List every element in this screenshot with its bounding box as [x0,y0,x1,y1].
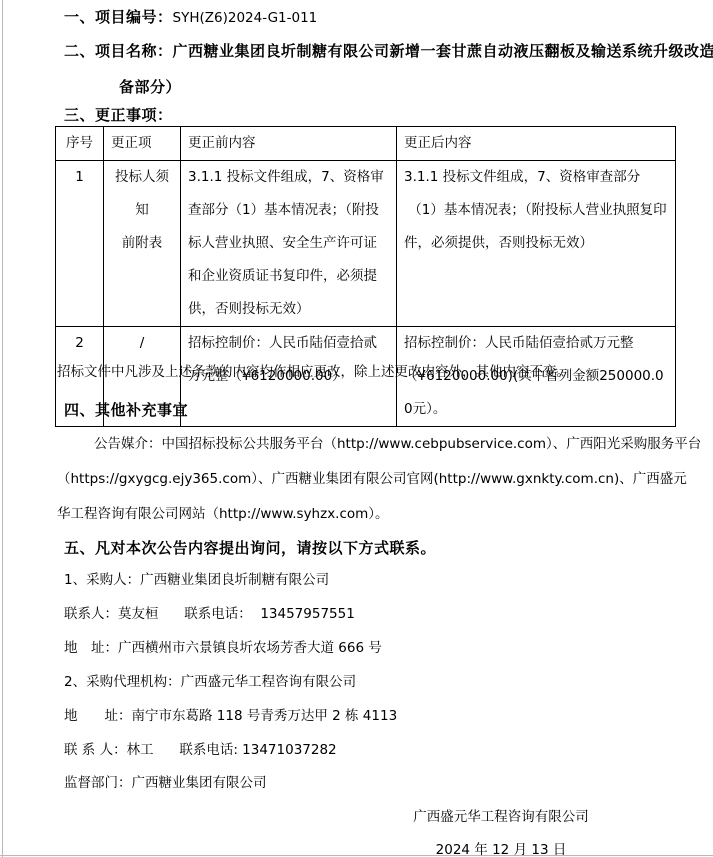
row1-after-content: 3.1.1 投标文件组成，7、资格审查部分 （1）基本情况表；（附投标人营业执照… [397,161,676,327]
footer-organization: 广西盛元华工程咨询有限公司 [345,807,657,827]
purchaser-address-line: 地 址：广西横州市六景镇良圻农场芳香大道 666 号 [64,638,382,658]
row1-item: 投标人须知 前附表 [104,161,181,327]
agency-contact-line: 联 系 人：林工 联系电话: 13471037282 [64,740,337,760]
project-number-label: 一、项目编号： [64,8,173,26]
correction-items-heading: 三、更正事项： [64,105,173,125]
footer-date: 2024 年 12 月 13 日 [345,840,657,857]
contact-section-heading: 五、凡对本次公告内容提出询问，请按以下方式联系。 [64,538,436,558]
left-border-line [2,0,3,857]
correction-notice-document: 一、项目编号：SYH(Z6)2024-G1-011 二、项目名称：广西糖业集团良… [0,0,713,857]
purchaser-contact-line: 联系人：莫友桓 联系电话： 13457957551 [64,604,355,624]
media-paragraph-line1: 公告媒介：中国招标投标公共服务平台（http://www.cebpubservi… [94,434,701,454]
table-row: 1 投标人须知 前附表 3.1.1 投标文件组成，7、资格审查部分（1）基本情况… [56,161,676,327]
row1-seq: 1 [56,161,104,327]
supervision-dept-line: 监督部门：广西糖业集团有限公司 [64,773,267,793]
project-number-value: SYH(Z6)2024-G1-011 [173,10,318,26]
table-header-after: 更正后内容 [397,127,676,161]
table-header-before: 更正前内容 [181,127,397,161]
media-paragraph-line3: 华工程咨询有限公司网站（http://www.syhzx.com）。 [57,504,389,524]
purchaser-line: 1、采购人：广西糖业集团良圻制糖有限公司 [64,570,329,590]
table-header-item: 更正项 [104,127,181,161]
agency-line: 2、采购代理机构：广西盛元华工程咨询有限公司 [64,672,356,692]
project-name-line2: 备部分） [119,77,181,97]
agency-address-line: 地 址：南宁市东葛路 118 号青秀万达甲 2 栋 4113 [64,706,397,726]
table-header-seq: 序号 [56,127,104,161]
supplementary-heading: 四、其他补充事宜 [64,400,188,420]
row1-before-content: 3.1.1 投标文件组成，7、资格审查部分（1）基本情况表；（附投标人营业执照、… [181,161,397,327]
project-number-line: 一、项目编号：SYH(Z6)2024-G1-011 [64,7,317,28]
table-header-row: 序号 更正项 更正前内容 更正后内容 [56,127,676,161]
project-name-line1: 二、项目名称：广西糖业集团良圻制糖有限公司新增一套甘蔗自动液压翻板及输送系统升级… [64,41,713,61]
media-paragraph-line2: （https://gxygcg.ejy365.com）、广西糖业集团有限公司官网… [57,469,687,489]
table-note-paragraph: 招标文件中凡涉及上述条款的内容均作相应更改，除上述更改内容外，其他内容不变。 [57,362,570,382]
